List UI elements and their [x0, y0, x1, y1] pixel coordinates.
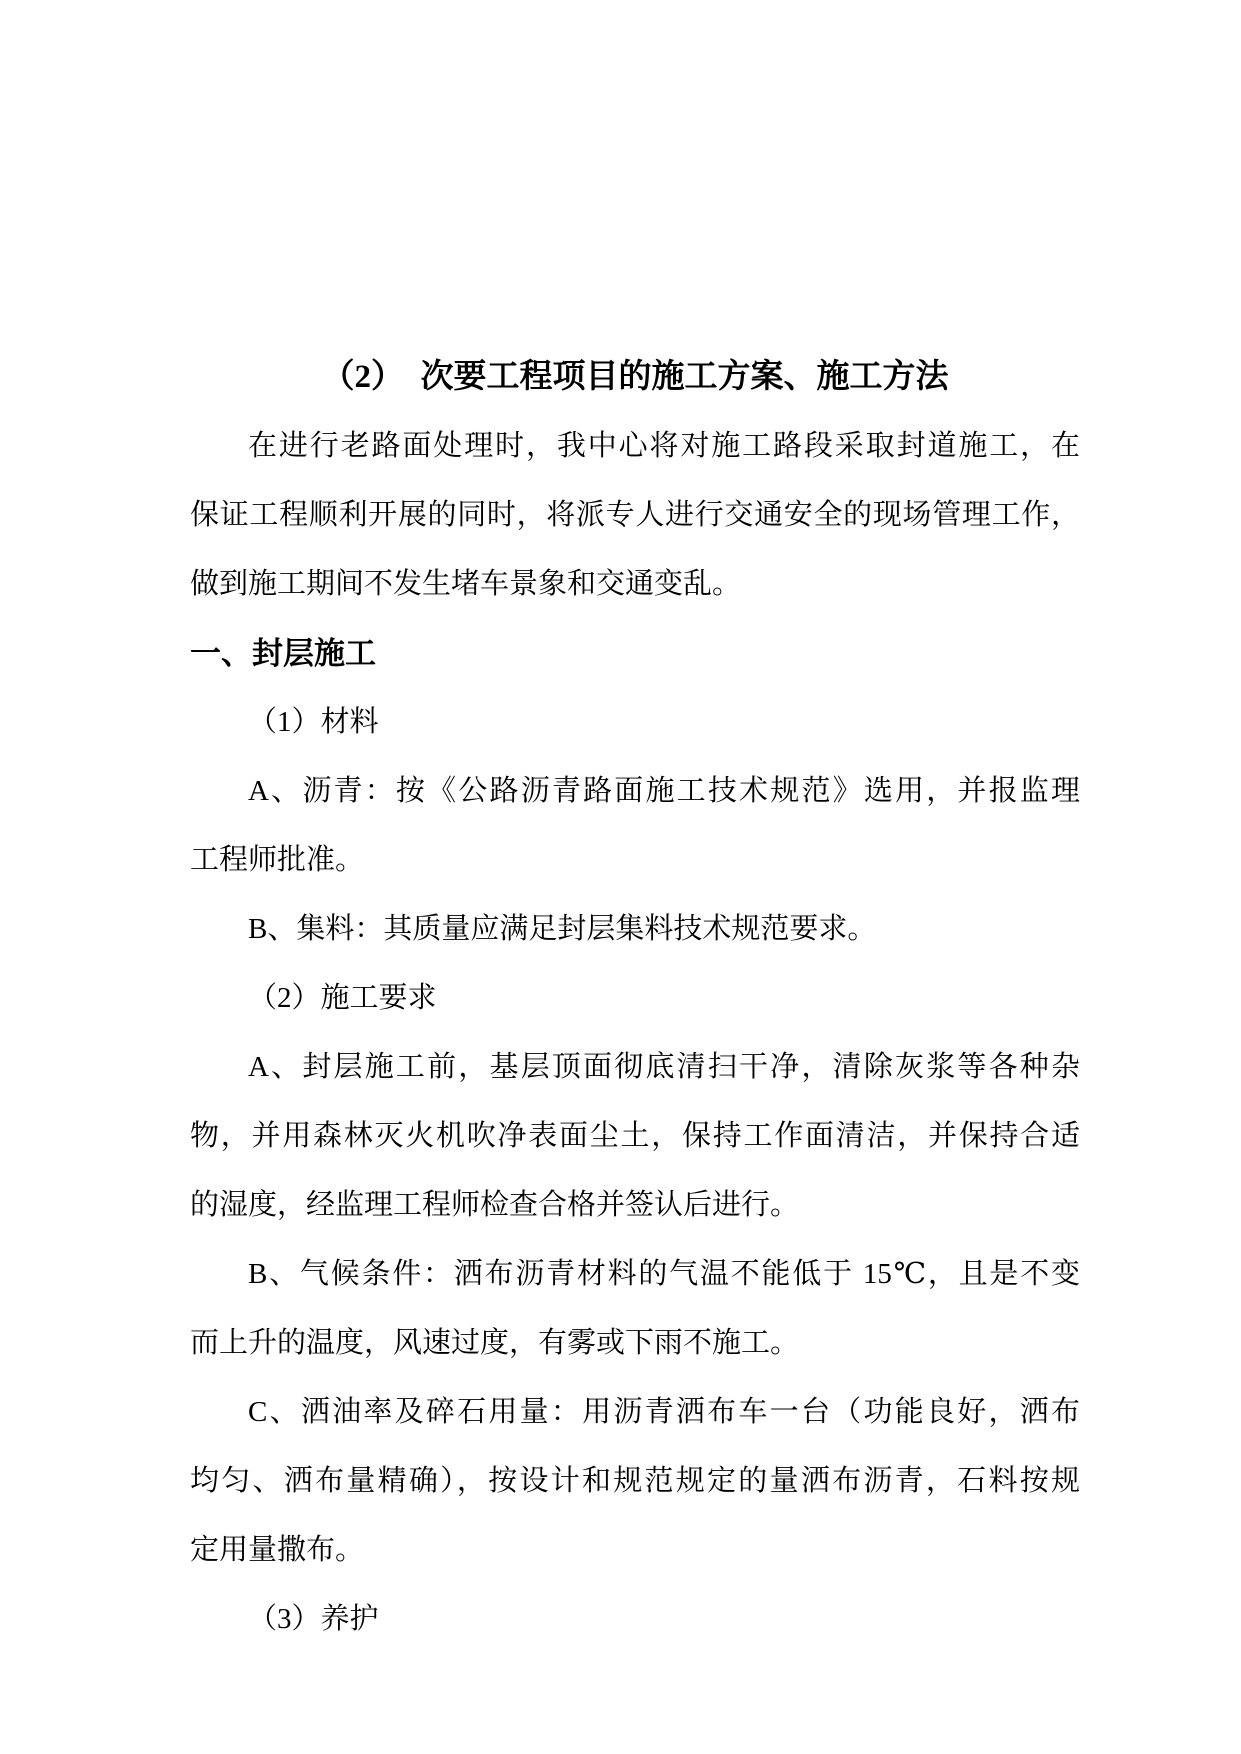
text-line: A、封层施工前，基层顶面彻底清扫干净，清除灰浆等各种杂	[190, 1033, 1080, 1102]
document-content: （2） 次要工程项目的施工方案、施工方法 在进行老路面处理时，我中心将对施工路段…	[190, 343, 1080, 1654]
text-line: 定用量撒布。	[190, 1516, 1080, 1585]
text-line: 工程师批准。	[190, 826, 1080, 895]
text-line: （2）施工要求	[190, 964, 1080, 1033]
text-line: 均匀、洒布量精确），按设计和规范规定的量洒布沥青，石料按规	[190, 1447, 1080, 1516]
section-heading: 一、封层施工	[190, 619, 1080, 688]
text-line: （1）材料	[190, 688, 1080, 757]
text-line: 的湿度，经监理工程师检查合格并签认后进行。	[190, 1171, 1080, 1240]
text-line: （3）养护	[190, 1585, 1080, 1654]
document-page: （2） 次要工程项目的施工方案、施工方法 在进行老路面处理时，我中心将对施工路段…	[0, 0, 1241, 1754]
text-line: C、洒油率及碎石用量：用沥青洒布车一台（功能良好，洒布	[190, 1378, 1080, 1447]
text-line: 物，并用森林灭火机吹净表面尘土，保持工作面清洁，并保持合适	[190, 1102, 1080, 1171]
text-line: B、气候条件：洒布沥青材料的气温不能低于 15℃，且是不变	[190, 1240, 1080, 1309]
text-line: B、集料：其质量应满足封层集料技术规范要求。	[190, 895, 1080, 964]
text-line: 而上升的温度，风速过度，有雾或下雨不施工。	[190, 1309, 1080, 1378]
page-title: （2） 次要工程项目的施工方案、施工方法	[190, 343, 1080, 412]
text-line: 在进行老路面处理时，我中心将对施工路段采取封道施工，在	[190, 412, 1080, 481]
text-line: 做到施工期间不发生堵车景象和交通变乱。	[190, 550, 1080, 619]
text-lines: 在进行老路面处理时，我中心将对施工路段采取封道施工，在保证工程顺利开展的同时，将…	[190, 412, 1080, 1654]
text-line: 保证工程顺利开展的同时，将派专人进行交通安全的现场管理工作，	[190, 481, 1080, 550]
text-line: A、沥青：按《公路沥青路面施工技术规范》选用，并报监理	[190, 757, 1080, 826]
